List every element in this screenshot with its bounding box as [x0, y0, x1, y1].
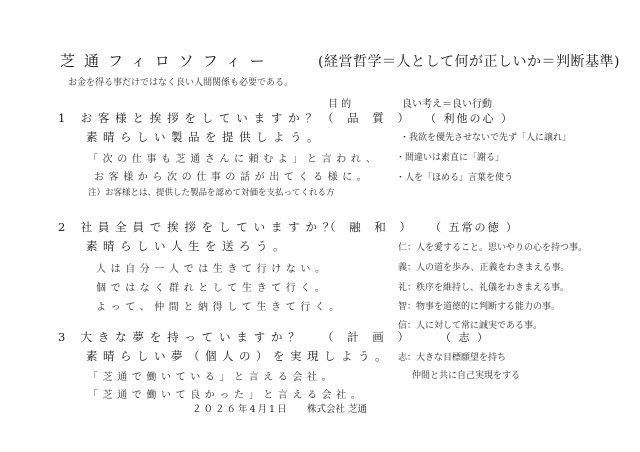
section-body-line: よって、仲間と納得して生きて行く。	[96, 298, 344, 313]
footer-company: 株式会社 芝通	[307, 401, 367, 415]
section-question: 2 社員全員で挨拶をしていますか？	[58, 219, 340, 235]
section-note: 注）お客様とは、提供した製品を認めて対価を支払ってくれる方	[88, 186, 335, 198]
right-item: 礼：秩序を維持し、礼儀をわきまえる事。	[398, 280, 569, 293]
right-item: 義：人の道を歩み、正義をわきまえる事。	[398, 260, 570, 273]
section-body-line: お客様から次の仕事の話が出てくる様に。	[94, 168, 371, 183]
right-item: 仁：人を愛すること。思いやりの心を持つ事。	[398, 240, 587, 253]
page-title-subtitle: (経営哲学＝人として何が正しいか＝判断基準)	[318, 51, 620, 71]
section-body-line: 人は自分一人では生きて行けない。	[96, 260, 330, 275]
section-purpose: （ 融 和 ）	[324, 219, 416, 235]
right-item: 智：物事を道徳的に判断する能力の事。	[398, 299, 560, 312]
right-item: 志：大きな目標願望を持ち	[398, 350, 506, 363]
section-question: 1 お客様と挨拶をしていますか？	[58, 110, 323, 126]
section-body-line: 「芝通で働いて良かった」と言える会社。	[88, 386, 365, 401]
right-item: ・間違いは素直に「謝る」	[396, 150, 504, 163]
column-head-purpose: 目 的	[328, 95, 351, 110]
section-right-head: （ 利他の心 ）	[425, 110, 514, 126]
page-title: 芝通フィロソフィー	[60, 50, 274, 71]
right-item: ・我欲を優先させないで先ず「人に譲れ」	[400, 130, 571, 143]
section-body-line: 「芝通で働いている」と言える会社。	[88, 368, 336, 383]
section-right-head: （ 五常の徳 ）	[430, 219, 519, 235]
section-lead: 素晴らしい夢（個人の）を実現しよう。	[86, 348, 392, 364]
right-item: 仲間と共に自己実現をする	[412, 368, 520, 381]
page-subtitle: お金を得る事だけではなく良い人間関係も必要である。	[68, 75, 293, 88]
section-lead: 素晴らしい製品を提供しよう。	[86, 129, 324, 145]
section-purpose: （ 計 画 ）	[322, 329, 414, 345]
section-lead: 素晴らしい人生を送ろう。	[86, 238, 290, 254]
column-head-good: 良い考え＝良い行動	[402, 95, 492, 110]
section-body-line: 個ではなく群れとして生きて行く。	[96, 279, 329, 294]
section-question: 3 大きな夢を持っていますか？	[58, 329, 305, 345]
section-right-head: （ 志 ）	[440, 329, 490, 345]
section-body-line: 「次の仕事も芝通さんに頼むよ」と言われ、	[88, 150, 381, 165]
footer-date: ２０２６年4月1日	[192, 401, 289, 415]
section-purpose: （ 品 質 ）	[322, 110, 414, 126]
right-item: ・人を「ほめる」言葉を使う	[396, 170, 513, 183]
